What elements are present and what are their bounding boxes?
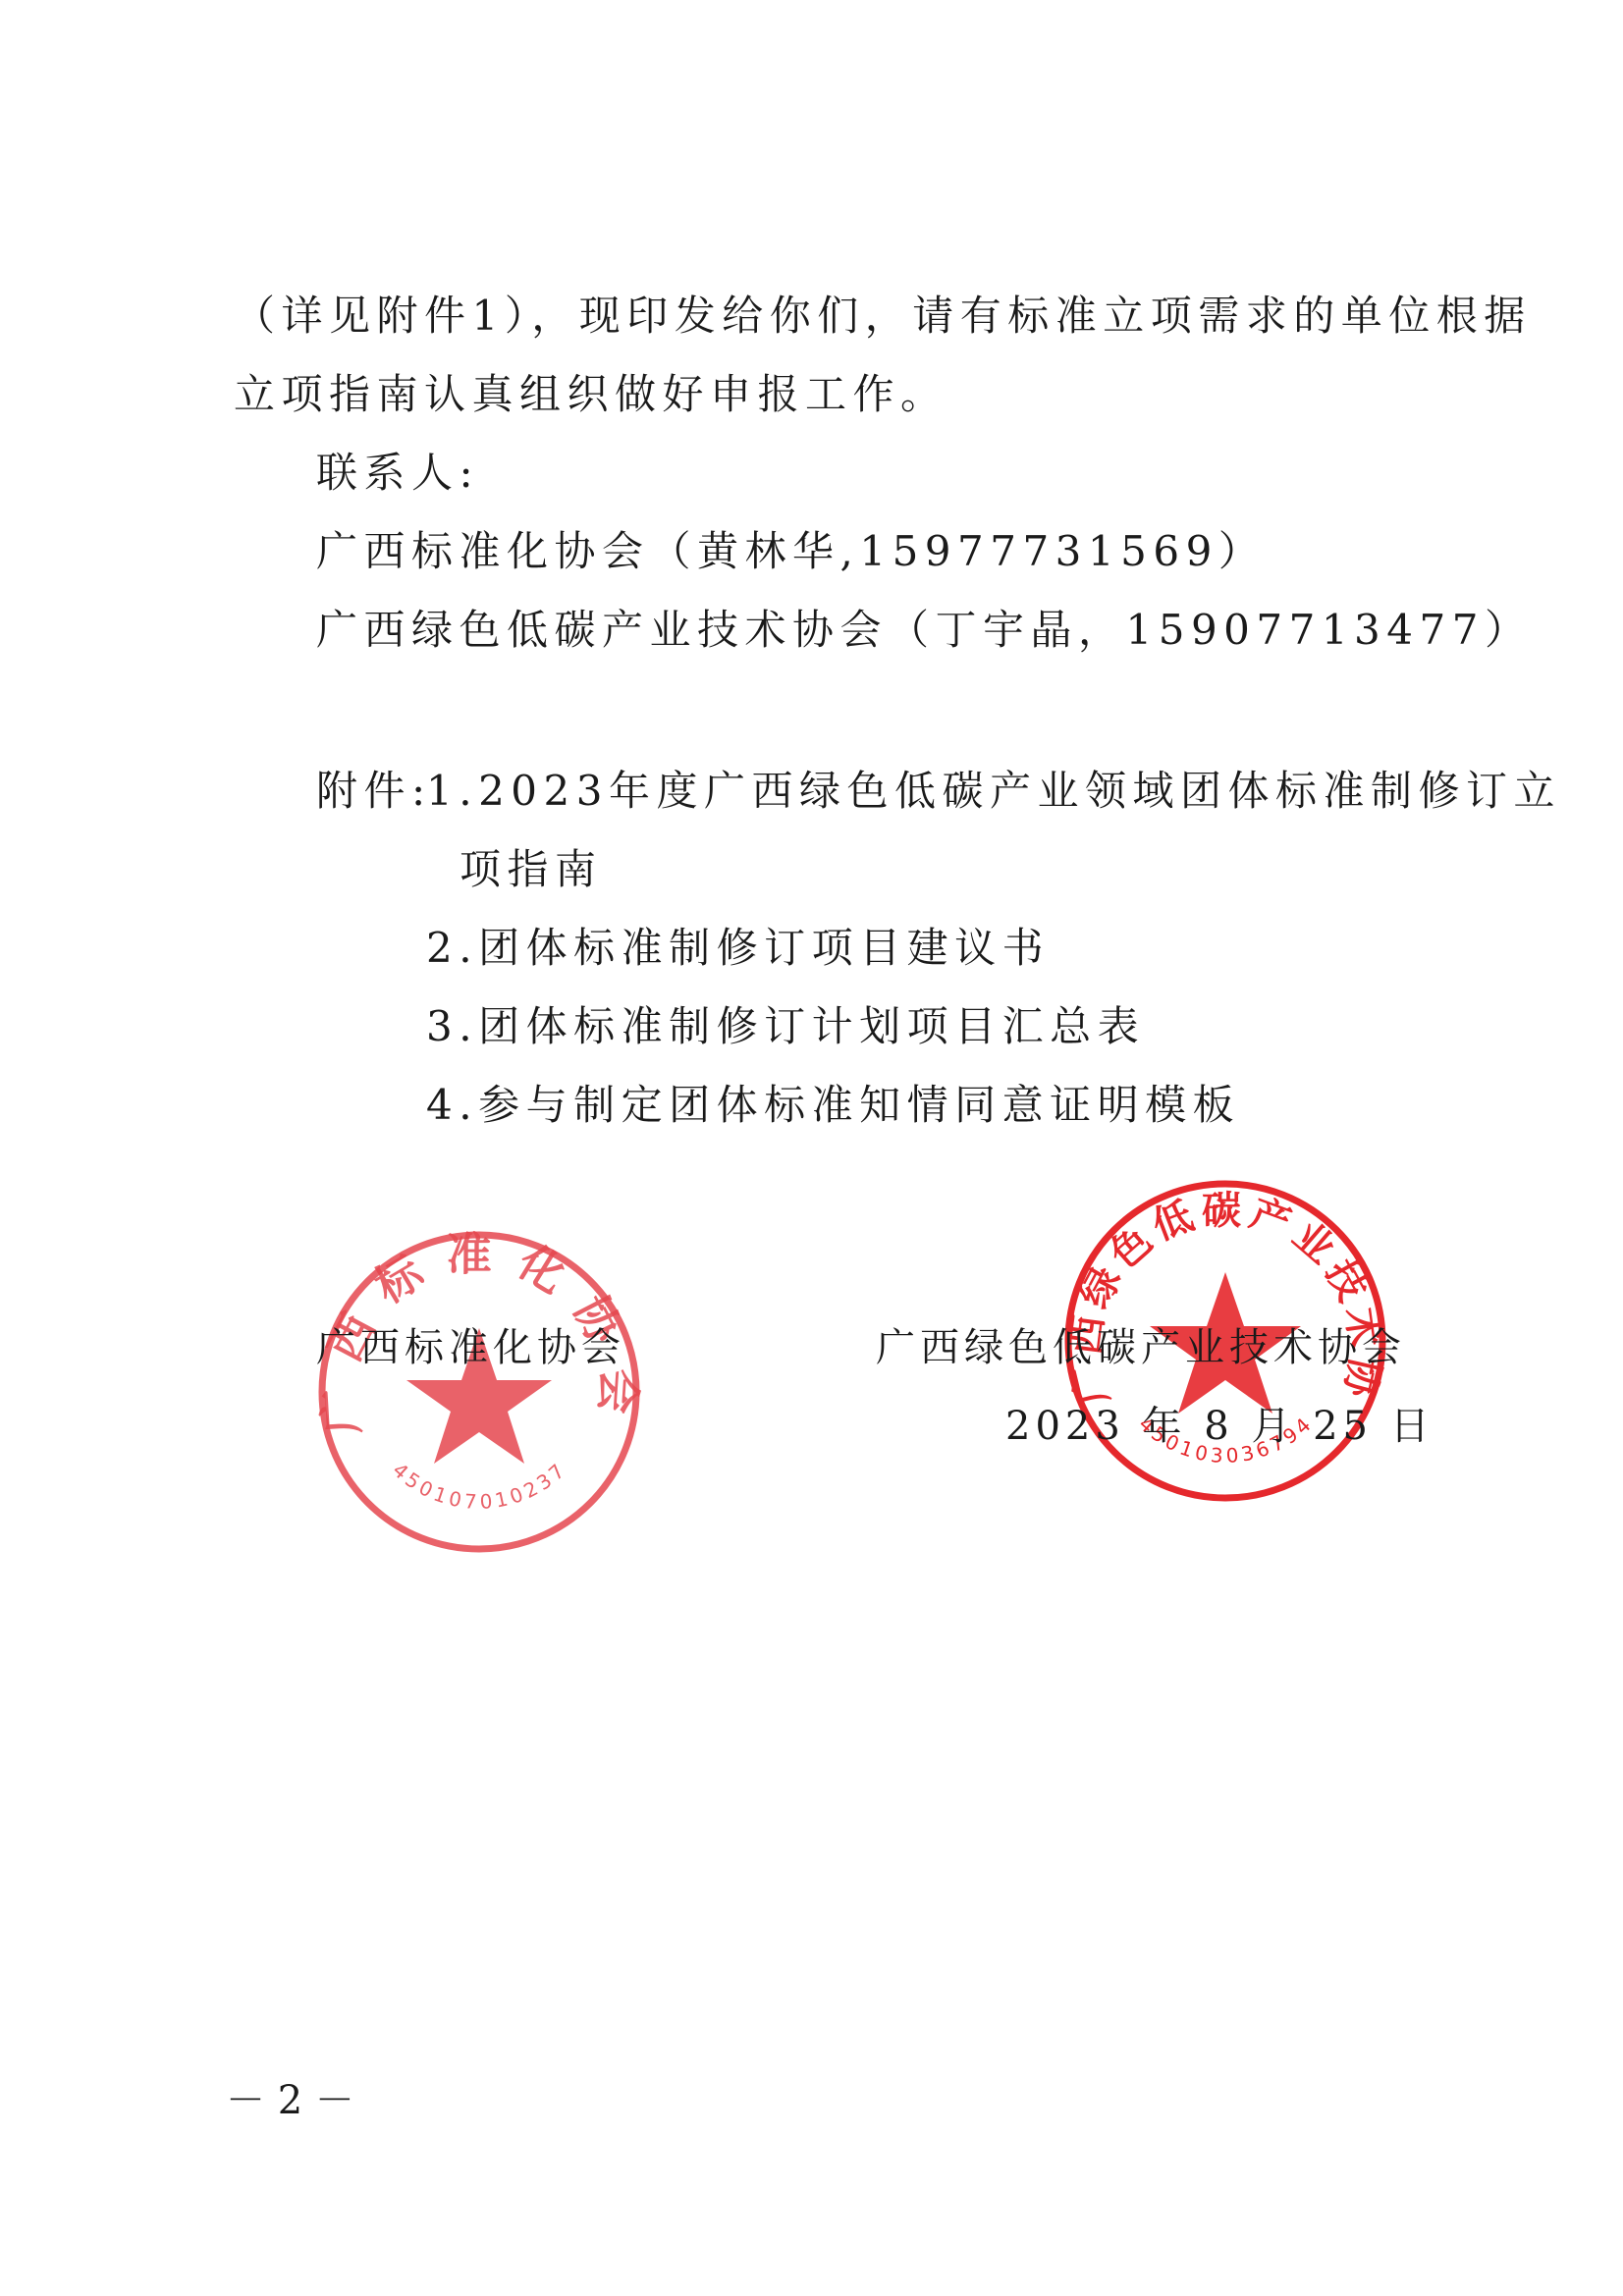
attachment-1-line-2: 项指南: [460, 844, 603, 895]
seal-left-icon: 广西标准化协会 4501070102377: [312, 1225, 646, 1559]
contacts-label: 联系人:: [316, 448, 479, 499]
attachment-3: 3.团体标准制修订计划项目汇总表: [426, 1001, 1145, 1052]
attachment-2: 2.团体标准制修订项目建议书: [426, 923, 1050, 974]
left-official-seal: 广西标准化协会 4501070102377: [312, 1225, 646, 1559]
contact-2: 广西绿色低碳产业技术协会（丁宇晶，15907713477）: [316, 605, 1532, 656]
contact-1: 广西标准化协会（黄林华,15977731569）: [316, 526, 1266, 577]
page-number: － 2 －: [226, 2076, 354, 2125]
document-date: 2023 年 8 月 25 日: [1005, 1402, 1434, 1451]
attachment-1-line-1: 1.2023年度广西绿色低碳产业领域团体标准制修订立: [426, 766, 1561, 817]
paragraph-line-2: 立项指南认真组织做好申报工作。: [234, 369, 948, 420]
left-org-signature: 广西标准化协会: [316, 1323, 625, 1372]
attachment-4: 4.参与制定团体标准知情同意证明模板: [426, 1080, 1240, 1131]
right-org-signature: 广西绿色低碳产业技术协会: [876, 1323, 1406, 1372]
paragraph-line-1: （详见附件1），现印发给你们，请有标准立项需求的单位根据: [234, 291, 1532, 342]
attachments-label: 附件:: [316, 766, 432, 817]
